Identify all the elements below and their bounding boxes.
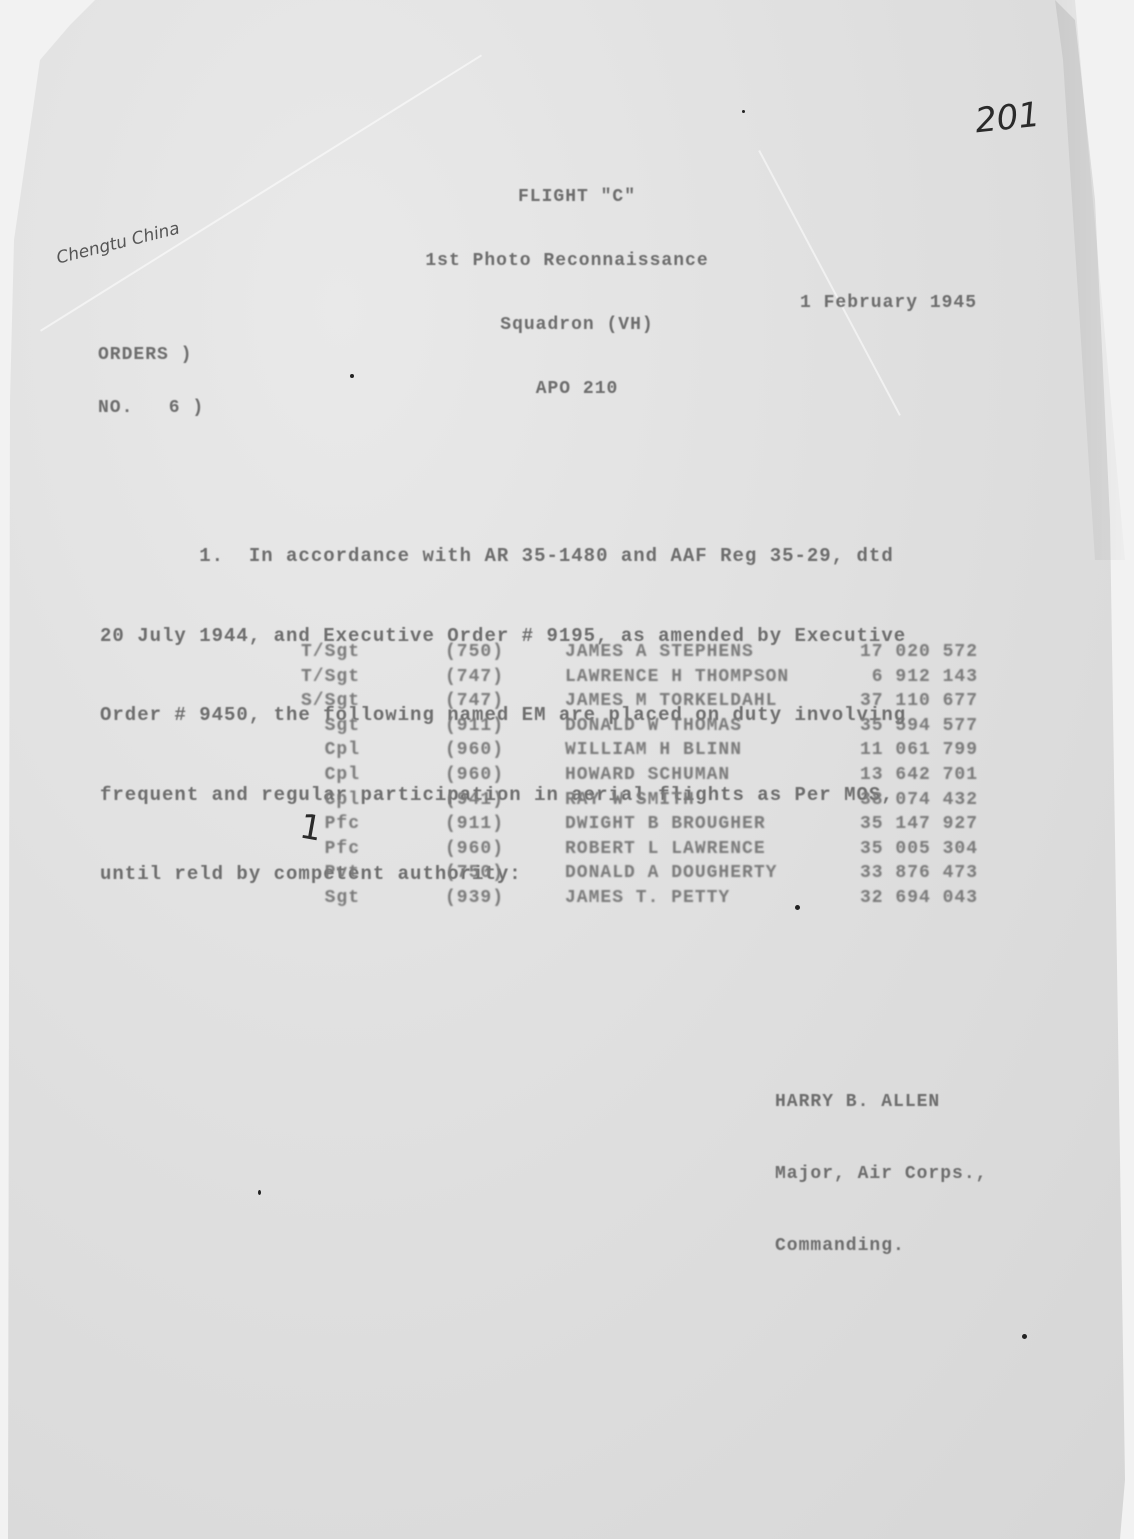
ink-speck xyxy=(742,110,745,113)
roster-rank: Cpl xyxy=(280,765,360,785)
roster-mos: (939) xyxy=(445,888,504,908)
roster-name: DWIGHT B BROUGHER xyxy=(565,814,766,834)
unit-header: FLIGHT "C" 1st Photo Reconnaissance Squa… xyxy=(0,145,1134,421)
roster-rank: Pfc xyxy=(280,839,360,859)
orders-number: NO. 6 ) xyxy=(98,398,204,418)
handwritten-page-number: 201 xyxy=(973,95,1042,142)
roster-name: HOWARD SCHUMAN xyxy=(565,765,730,785)
roster-rank: Sgt xyxy=(280,716,360,736)
roster-name: ROBERT L LAWRENCE xyxy=(565,839,766,859)
roster-serial: 38 074 432 xyxy=(860,790,978,810)
roster-name: JAMES A STEPHENS xyxy=(565,642,754,662)
roster-mos: (941) xyxy=(445,790,504,810)
roster-serial: 35 594 577 xyxy=(860,716,978,736)
roster-rank: Cpl xyxy=(280,790,360,810)
unit-line-1: FLIGHT "C" xyxy=(0,185,1134,209)
signature-name: HARRY B. ALLEN xyxy=(775,1090,987,1114)
roster-serial: 37 110 677 xyxy=(860,691,978,711)
roster-serial: 35 147 927 xyxy=(860,814,978,834)
signature-role: Commanding. xyxy=(775,1234,987,1258)
roster-mos: (960) xyxy=(445,765,504,785)
signature-title: Major, Air Corps., xyxy=(775,1162,987,1186)
roster-name: WILLIAM H BLINN xyxy=(565,740,742,760)
roster-mos: (911) xyxy=(445,814,504,834)
roster-serial: 33 876 473 xyxy=(860,863,978,883)
ink-speck xyxy=(258,1190,261,1195)
ink-speck xyxy=(1022,1334,1027,1339)
roster-mos: (960) xyxy=(445,839,504,859)
orders-label: ORDERS ) xyxy=(98,345,192,365)
roster-rank: T/Sgt xyxy=(280,667,360,687)
signature-block: HARRY B. ALLEN Major, Air Corps., Comman… xyxy=(775,1042,987,1282)
roster-serial: 32 694 043 xyxy=(860,888,978,908)
roster-name: DONALD W THOMAS xyxy=(565,716,742,736)
order-date: 1 February 1945 xyxy=(800,293,977,313)
roster-name: DONALD A DOUGHERTY xyxy=(565,863,777,883)
roster-rank: S/Sgt xyxy=(280,691,360,711)
roster-serial: 17 020 572 xyxy=(860,642,978,662)
ink-speck xyxy=(795,905,800,910)
roster-rank: Pvt xyxy=(280,863,360,883)
roster-mos: (750) xyxy=(445,863,504,883)
roster-serial: 35 005 304 xyxy=(860,839,978,859)
roster-name: JAMES T. PETTY xyxy=(565,888,730,908)
unit-line-2: 1st Photo Reconnaissance xyxy=(0,249,1134,273)
roster-rank: Cpl xyxy=(280,740,360,760)
roster-rank: Sgt xyxy=(280,888,360,908)
ink-speck xyxy=(350,374,354,378)
roster-rank: T/Sgt xyxy=(280,642,360,662)
roster-mos: (750) xyxy=(445,642,504,662)
roster-serial: 11 061 799 xyxy=(860,740,978,760)
paragraph-line: 1. In accordance with AR 35-1480 and AAF… xyxy=(100,543,906,570)
roster-name: RAY W SMITH xyxy=(565,790,695,810)
roster-name: LAWRENCE H THOMPSON xyxy=(565,667,789,687)
roster-mos: (960) xyxy=(445,740,504,760)
roster-mos: (747) xyxy=(445,667,504,687)
roster-serial: 6 912 143 xyxy=(860,667,978,687)
roster-serial: 13 642 701 xyxy=(860,765,978,785)
roster-mos: (747) xyxy=(445,691,504,711)
unit-line-3: Squadron (VH) xyxy=(0,313,1134,337)
roster-name: JAMES M TORKELDAHL xyxy=(565,691,777,711)
roster-mos: (911) xyxy=(445,716,504,736)
